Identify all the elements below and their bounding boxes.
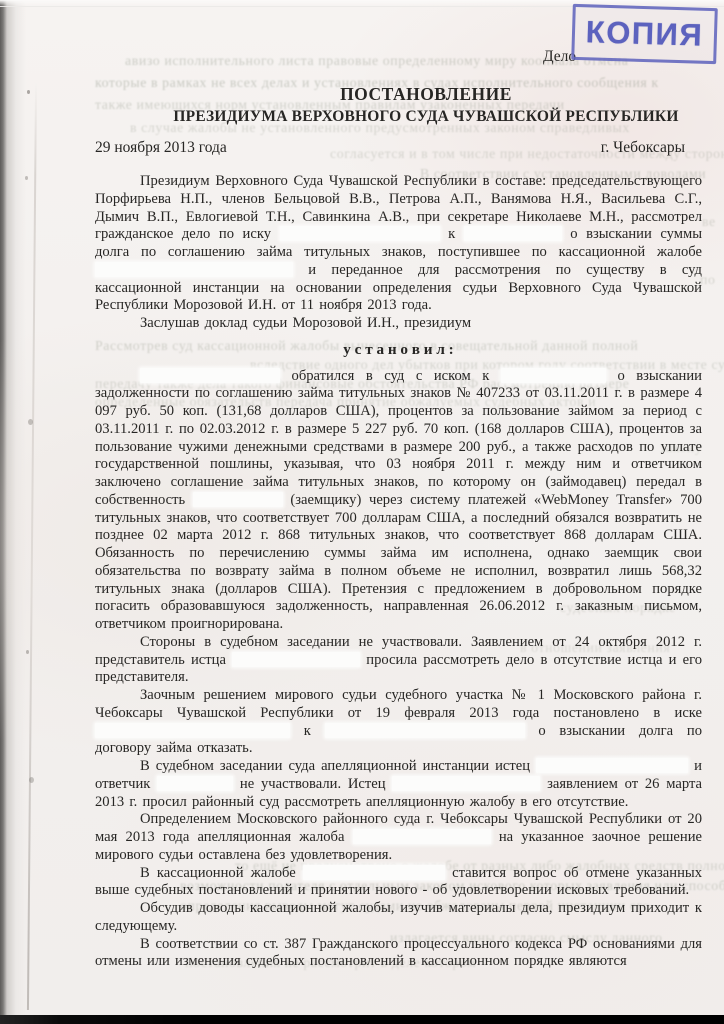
paragraph: В соответствии со ст. 387 Гражданского п… [95,936,702,972]
redaction [232,652,360,667]
redaction [501,368,606,383]
paper-crease-line [27,82,37,1010]
redaction [536,758,688,773]
paragraph: обратился в суд с иском к о взыскании за… [95,368,702,634]
redaction [353,829,491,844]
redaction [464,226,562,241]
document-date: 29 ноября 2013 года [95,139,227,157]
redaction [140,368,280,383]
paragraph: Заслушав доклад судьи Морозовой И.Н., пр… [95,315,702,333]
paragraph: В судебном заседании суда апелляционной … [95,758,702,811]
paragraph: Президиум Верховного Суда Чувашской Респ… [95,173,702,315]
document-place: г. Чебоксары [601,139,685,157]
scanned-court-document: авизо исполнительного листа правовые опр… [0,0,724,1024]
paragraph: Заочным решением мирового судьи судебног… [95,687,702,758]
date-place-row: 29 ноября 2013 года г. Чебоксары [95,139,685,157]
paragraph: В кассационной жалобе ставится вопрос об… [95,865,702,901]
document-body: Президиум Верховного Суда Чувашской Респ… [95,173,702,971]
bleedthrough-text: по [700,272,715,288]
redaction [392,776,540,791]
copy-stamp-label: КОПИЯ [585,14,703,53]
redaction [95,262,293,277]
redaction [280,226,440,241]
resolution-heading: у с т а н о в и л : [95,341,702,359]
redaction [157,776,233,791]
redaction [325,723,525,738]
copy-stamp: КОПИЯ [571,4,718,64]
paragraph: Определением Московского районного суда … [95,811,702,864]
document-subtitle: ПРЕЗИДИУМА ВЕРХОВНОГО СУДА ЧУВАШСКОЙ РЕС… [128,108,724,126]
paragraph: Обсудив доводы кассационной жалобы, изуч… [95,900,702,936]
document-title: ПОСТАНОВЛЕНИЕ [128,84,724,105]
redaction [193,492,283,507]
document-title-block: ПОСТАНОВЛЕНИЕ ПРЕЗИДИУМА ВЕРХОВНОГО СУДА… [128,84,724,126]
redaction [95,723,290,738]
redaction [303,865,445,880]
paragraph: Стороны в судебном заседании не участвов… [95,634,702,687]
staple-marks [27,90,30,94]
bleedthrough-text: ве [702,214,716,230]
scan-bottom-edge [0,1015,724,1024]
